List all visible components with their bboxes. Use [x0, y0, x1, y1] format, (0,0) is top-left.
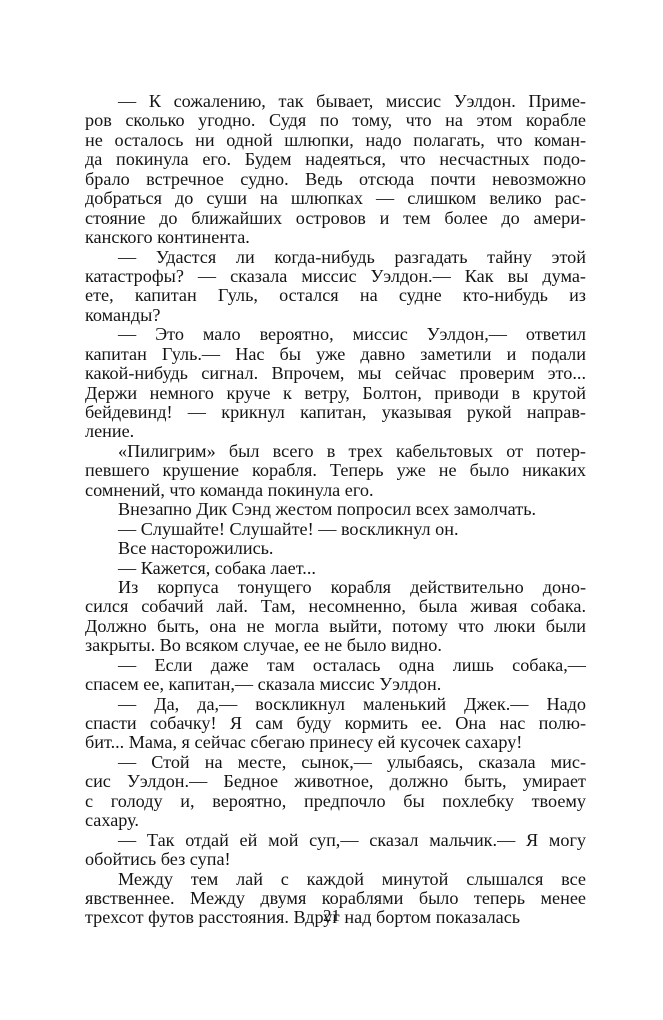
- text-line: Держи немного круче к ветру, Болтон, при…: [85, 384, 586, 403]
- text-line: не осталось ни одной шлюпки, надо полага…: [85, 131, 586, 150]
- paragraph: — Удастся ли когда-нибудь разгадать тайн…: [85, 248, 586, 326]
- text-line: сис Уэлдон.— Бедное животное, должно быт…: [85, 772, 586, 791]
- text-line: Между тем лай с каждой минутой слышался …: [85, 870, 586, 889]
- paragraph: Внезапно Дик Сэнд жестом попросил всех з…: [85, 500, 586, 519]
- text-line: — Стой на месте, сынок,— улыбаясь, сказа…: [85, 753, 586, 772]
- text-line: «Пилигрим» был всего в трех кабельтовых …: [85, 442, 586, 461]
- text-line: катастрофы? — сказала миссис Уэлдон.— Ка…: [85, 267, 586, 286]
- page-body: — К сожалению, так бывает, миссис Уэлдон…: [85, 92, 586, 928]
- text-line: сахару.: [85, 811, 586, 830]
- text-line: сился собачий лай. Там, несомненно, была…: [85, 597, 586, 616]
- text-line: с голоду и, вероятно, предпочло бы похле…: [85, 792, 586, 811]
- paragraph: — Кажется, собака лает...: [85, 559, 586, 578]
- text-line: — Кажется, собака лает...: [85, 559, 586, 578]
- text-line: — К сожалению, так бывает, миссис Уэлдон…: [85, 92, 586, 111]
- text-line: ете, капитан Гуль, остался на судне кто-…: [85, 286, 586, 305]
- paragraph: Из корпуса тонущего корабля действительн…: [85, 578, 586, 656]
- page-number: 21: [0, 906, 663, 926]
- paragraph: — К сожалению, так бывает, миссис Уэлдон…: [85, 92, 586, 248]
- text-line: ров сколько угодно. Судя по тому, что на…: [85, 111, 586, 130]
- text-line: Внезапно Дик Сэнд жестом попросил всех з…: [85, 500, 586, 519]
- paragraph: — Стой на месте, сынок,— улыбаясь, сказа…: [85, 753, 586, 831]
- paragraph: Все насторожились.: [85, 539, 586, 558]
- text-line: канского континента.: [85, 228, 586, 247]
- paragraph: — Слушайте! Слушайте! — воскликнул он.: [85, 520, 586, 539]
- paragraph: — Это мало вероятно, миссис Уэлдон,— отв…: [85, 325, 586, 442]
- text-line: закрыты. Во всяком случае, ее не было ви…: [85, 636, 586, 655]
- text-line: какой-нибудь сигнал. Впрочем, мы сейчас …: [85, 364, 586, 383]
- text-line: Должно быть, она не могла выйти, потому …: [85, 617, 586, 636]
- text-line: — Удастся ли когда-нибудь разгадать тайн…: [85, 248, 586, 267]
- text-line: певшего крушение корабля. Теперь уже не …: [85, 461, 586, 480]
- text-line: бейдевинд! — крикнул капитан, указывая р…: [85, 403, 586, 422]
- text-line: спасем ее, капитан,— сказала миссис Уэлд…: [85, 675, 586, 694]
- paragraph: — Так отдай ей мой суп,— сказал мальчик.…: [85, 831, 586, 870]
- text-line: да покинула его. Будем надеяться, что не…: [85, 150, 586, 169]
- text-line: — Да, да,— воскликнул маленький Джек.— Н…: [85, 695, 586, 714]
- text-line: — Если даже там осталась одна лишь собак…: [85, 656, 586, 675]
- text-line: сомнений, что команда покинула его.: [85, 481, 586, 500]
- text-line: спасти собачку! Я сам буду кормить ее. О…: [85, 714, 586, 733]
- paragraph: — Если даже там осталась одна лишь собак…: [85, 656, 586, 695]
- text-line: — Слушайте! Слушайте! — воскликнул он.: [85, 520, 586, 539]
- text-line: обойтись без супа!: [85, 850, 586, 869]
- paragraph: «Пилигрим» был всего в трех кабельтовых …: [85, 442, 586, 500]
- text-line: стояние до ближайших островов и тем боле…: [85, 209, 586, 228]
- text-line: брало встречное судно. Ведь отсюда почти…: [85, 170, 586, 189]
- text-line: Из корпуса тонущего корабля действительн…: [85, 578, 586, 597]
- text-line: добраться до суши на шлюпках — слишком в…: [85, 189, 586, 208]
- text-line: — Так отдай ей мой суп,— сказал мальчик.…: [85, 831, 586, 850]
- text-line: бит... Мама, я сейчас сбегаю принесу ей …: [85, 733, 586, 752]
- paragraph: — Да, да,— воскликнул маленький Джек.— Н…: [85, 695, 586, 753]
- text-line: ление.: [85, 422, 586, 441]
- text-line: — Это мало вероятно, миссис Уэлдон,— отв…: [85, 325, 586, 344]
- text-line: капитан Гуль.— Нас бы уже давно заметили…: [85, 345, 586, 364]
- text-line: Все насторожились.: [85, 539, 586, 558]
- text-line: команды?: [85, 306, 586, 325]
